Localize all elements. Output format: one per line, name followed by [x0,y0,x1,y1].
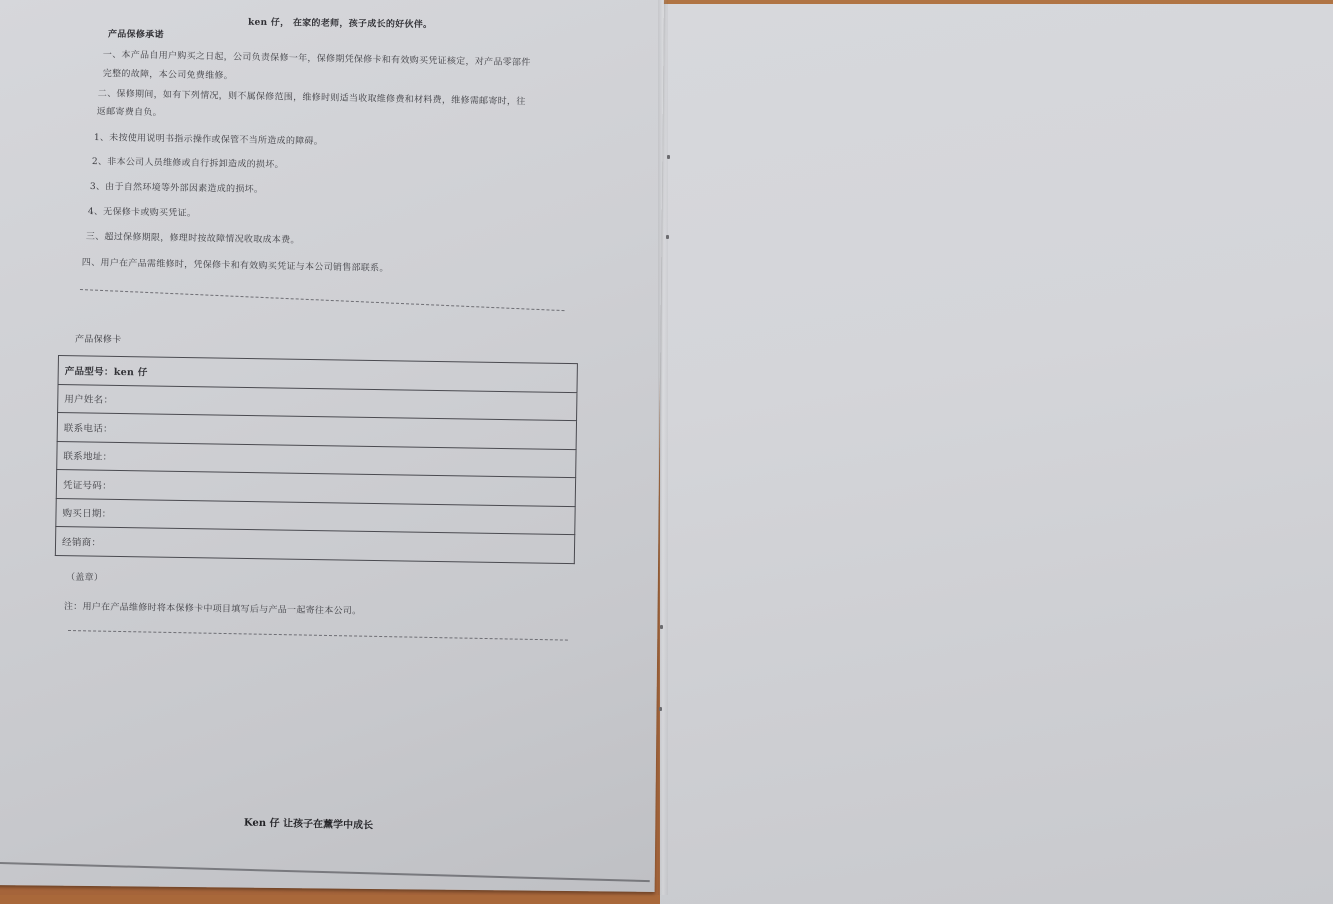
right-page-blank [660,4,1333,895]
cut-line [68,630,568,641]
warranty-section-title: 产品保修承诺 [108,27,164,41]
exclusion-item: 1、未按使用说明书指示操作或保管不当所造成的障碍。 [94,130,323,147]
clause-three: 三、超过保修期限，修理时按故障情况收取成本费。 [86,229,300,246]
document-spread: ken 仔， 在家的老师，孩子成长的好伙伴。 产品保修承诺 一、本产品自用户购买… [0,0,1333,895]
exclusion-item: 3、由于自然环境等外部因素造成的损坏。 [90,179,264,195]
staple-mark [666,235,669,239]
clause-four: 四、用户在产品需维修时，凭保修卡和有效购买凭证与本公司销售部联系。 [82,255,389,274]
staple-mark [667,155,670,159]
clause-one-line1: 一、本产品自用户购买之日起，公司负责保修一年，保修期凭保修卡和有效购买凭证核定，… [103,47,531,68]
cut-line [80,289,565,311]
exclusion-item: 2、非本公司人员维修或自行拆卸造成的损坏。 [92,154,284,170]
footer-slogan: Ken 仔 让孩子在薰学中成长 [244,814,373,832]
warranty-card-title: 产品保修卡 [75,332,122,345]
card-instruction-note: 注：用户在产品维修时将本保修卡中项目填写后与产品一起寄往本公司。 [64,599,362,617]
clause-two-line2: 返邮寄费自负。 [97,104,162,118]
clause-two-line1: 二、保修期间，如有下列情况，则不属保修范围，维修时则适当收取维修费和材料费，维修… [98,86,526,107]
warranty-card-table: 产品型号：ken 仔 用户姓名： 联系电话： 联系地址： 凭证号码： 购买日期：… [55,355,578,564]
exclusion-item: 4、无保修卡或购买凭证。 [88,204,197,219]
staple-mark [660,625,663,629]
stamp-note: （盖章） [66,570,103,583]
clause-one-line2: 完整的故障，本公司免费维修。 [103,66,233,81]
left-page-content: ken 仔， 在家的老师，孩子成长的好伙伴。 产品保修承诺 一、本产品自用户购买… [0,0,660,895]
header-tagline: ken 仔， 在家的老师，孩子成长的好伙伴。 [248,15,433,31]
